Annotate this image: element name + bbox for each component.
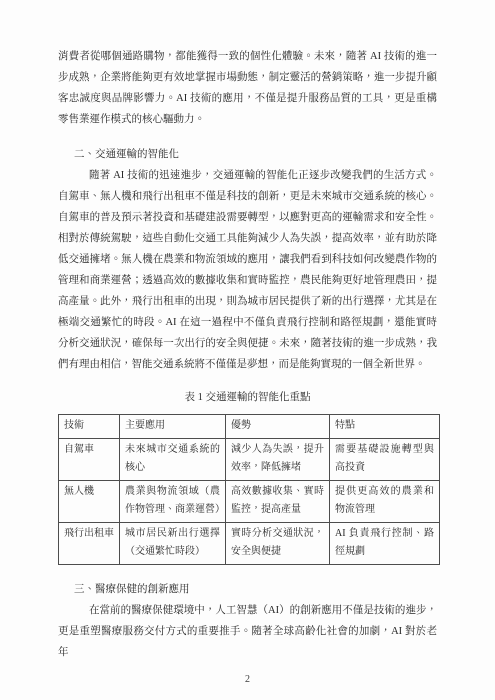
section-transport-heading: 二、交通運輸的智能化 [58,144,437,165]
table-header-advantage: 優勢 [226,415,330,439]
transport-table: 技術 主要應用 優勢 特點 自駕車 未來城市交通系統的核心 減少人為失誤，提升效… [58,414,440,565]
section-transport-paragraph: 隨著 AI 技術的迅速進步，交通運輸的智能化正逐步改變我們的生活方式。自駕車、無… [58,165,437,375]
table-cell: 減少人為失誤，提升效率，降低擁堵 [226,438,330,480]
table-caption: 表 1 交通運輸的智能化重點 [58,388,437,408]
table-cell: 需要基礎設施轉型與高投資 [330,438,440,480]
table-cell: 飛行出租車 [59,522,120,564]
table-header-row: 技術 主要應用 優勢 特點 [59,415,440,439]
intro-paragraph: 消費者從哪個通路購物，都能獲得一致的個性化體驗。未來，隨著 AI 技術的進一步成… [58,46,437,130]
table-cell: 城市居民新出行選擇（交通繁忙時段） [120,522,226,564]
section-healthcare-paragraph: 在當前的醫療保健環境中，人工智慧（AI）的創新應用不僅是技術的進步，更是重塑醫療… [58,600,437,663]
table-cell: 實時分析交通狀況，安全與便捷 [226,522,330,564]
table-row-drone: 無人機 農業與物流領域（農作物管理、商業運營） 高效數據收集、實時監控，提高產量… [59,480,440,522]
table-cell: AI 負責飛行控制、路徑規劃 [330,522,440,564]
table-cell: 自駕車 [59,438,120,480]
table-header-feature: 特點 [330,415,440,439]
table-cell: 高效數據收集、實時監控，提高產量 [226,480,330,522]
table-cell: 未來城市交通系統的核心 [120,438,226,480]
table-cell: 提供更高效的農業和物流管理 [330,480,440,522]
page-number: 2 [58,673,437,687]
table-header-technology: 技術 [59,415,120,439]
table-header-main-application: 主要應用 [120,415,226,439]
table-row-self-driving-car: 自駕車 未來城市交通系統的核心 減少人為失誤，提升效率，降低擁堵 需要基礎設施轉… [59,438,440,480]
table-row-flying-taxi: 飛行出租車 城市居民新出行選擇（交通繁忙時段） 實時分析交通狀況，安全與便捷 A… [59,522,440,564]
document-page: 消費者從哪個通路購物，都能獲得一致的個性化體驗。未來，隨著 AI 技術的進一步成… [0,0,495,700]
table-cell: 農業與物流領域（農作物管理、商業運營） [120,480,226,522]
table-cell: 無人機 [59,480,120,522]
section-healthcare-heading: 三、醫療保健的創新應用 [58,579,437,600]
